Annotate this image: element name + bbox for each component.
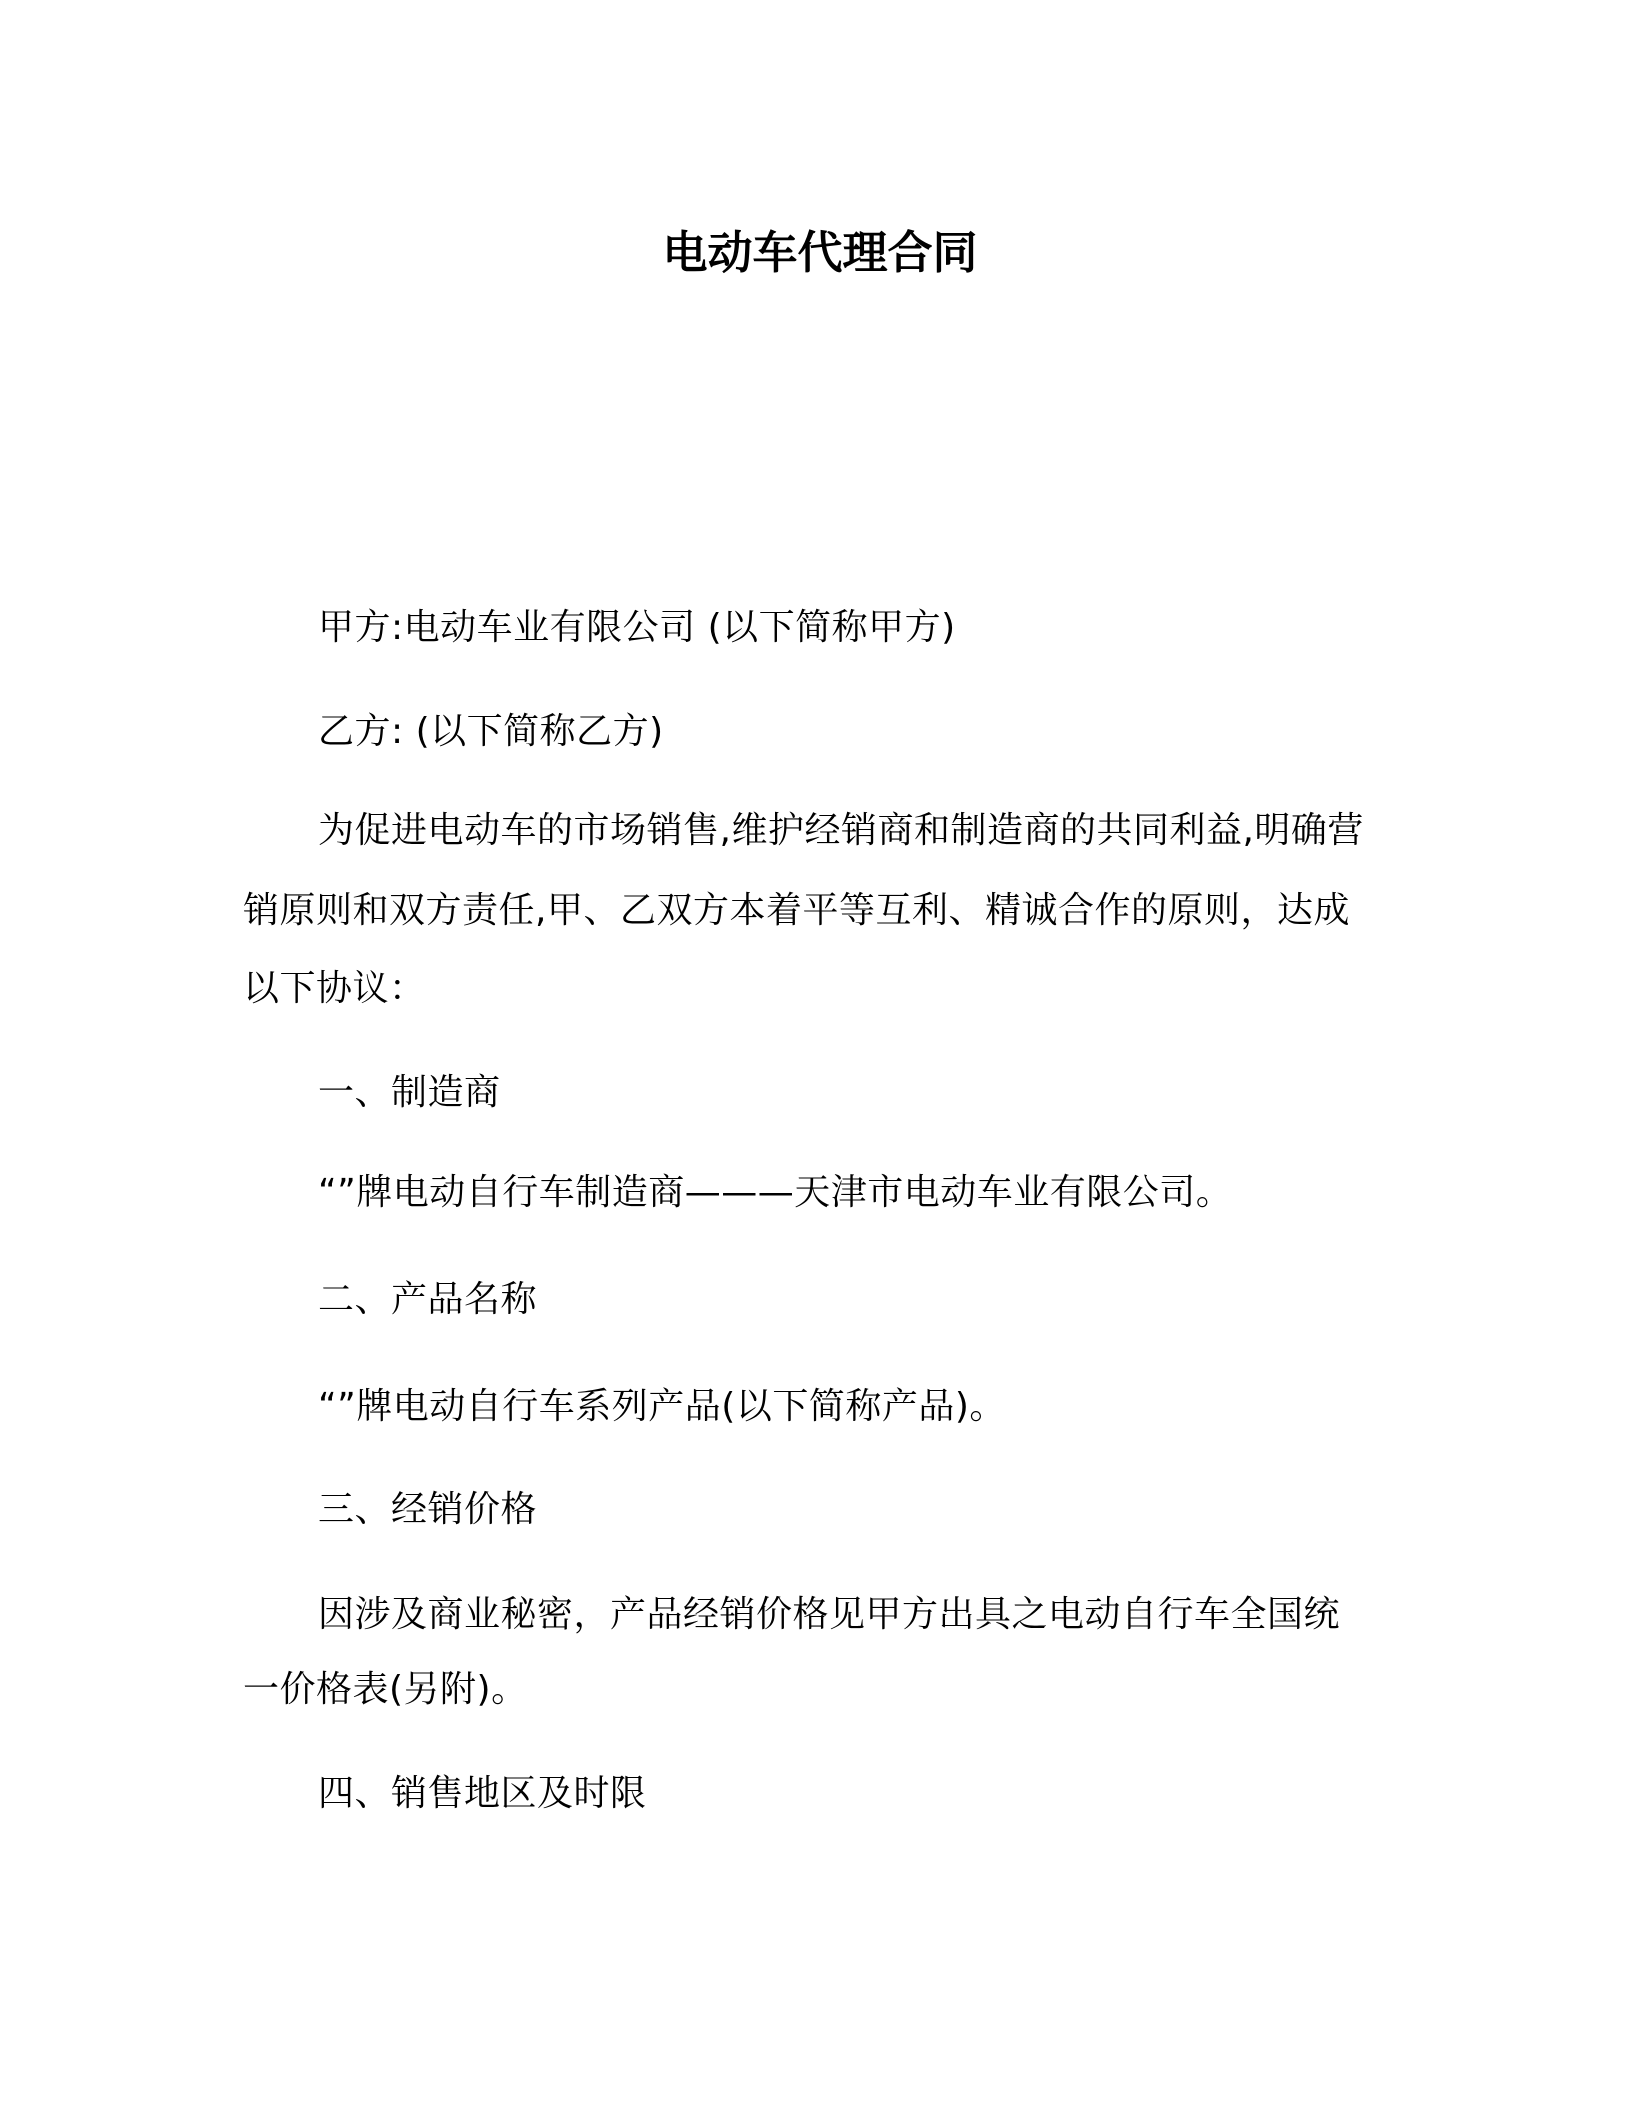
section-heading-sales-area: 四、销售地区及时限 xyxy=(318,1769,647,1819)
party-b-line: 乙方: (以下简称乙方) xyxy=(318,707,664,757)
document-page: 电动车代理合同 甲方:电动车业有限公司 (以下简称甲方) 乙方: (以下简称乙方… xyxy=(0,0,1632,2112)
section-body-manufacturer: “”牌电动自行车制造商———天津市电动车业有限公司。 xyxy=(318,1168,1232,1218)
party-a-line: 甲方:电动车业有限公司 (以下简称甲方) xyxy=(318,603,956,653)
section-body-price-line-1: 因涉及商业秘密，产品经销价格见甲方出具之电动自行车全国统 xyxy=(318,1590,1340,1640)
document-title: 电动车代理合同 xyxy=(0,222,1632,284)
preamble-line-2: 销原则和双方责任,甲、乙双方本着平等互利、精诚合作的原则，达成 xyxy=(243,886,1350,936)
section-body-price-line-2: 一价格表(另附)。 xyxy=(243,1665,528,1715)
section-heading-product-name: 二、产品名称 xyxy=(318,1275,537,1325)
section-body-product-name: “”牌电动自行车系列产品(以下简称产品)。 xyxy=(318,1382,1006,1432)
preamble-line-1: 为促进电动车的市场销售,维护经销商和制造商的共同利益,明确营 xyxy=(318,806,1364,856)
section-heading-price: 三、经销价格 xyxy=(318,1485,537,1535)
section-heading-manufacturer: 一、制造商 xyxy=(318,1068,501,1118)
preamble-line-3: 以下协议： xyxy=(243,964,426,1014)
